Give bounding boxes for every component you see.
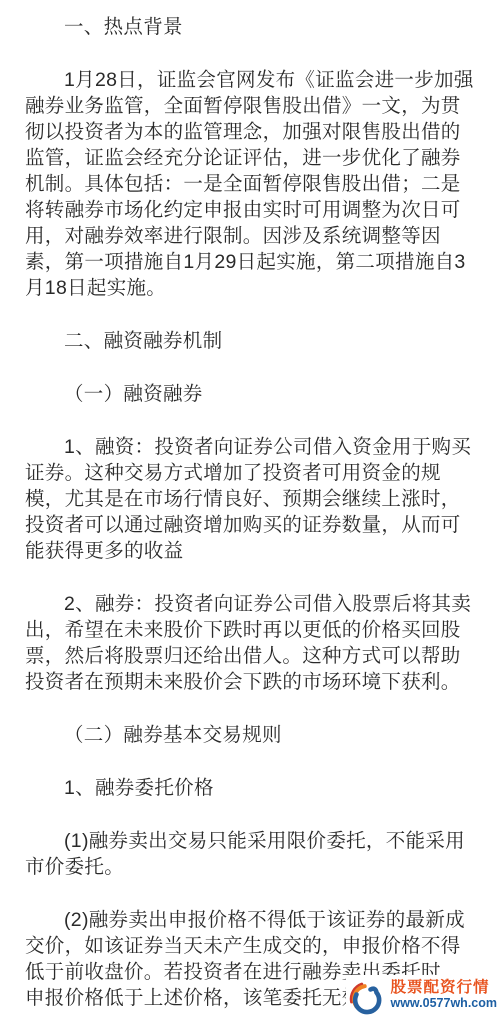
watermark-text: 股票配资行情 www.0577wh.com: [390, 980, 497, 1009]
swirl-flame-logo-icon: [346, 975, 388, 1015]
subsection-heading-rongzi-rongquan: （一）融资融券: [25, 381, 477, 407]
subsection-heading-trading-rules: （二）融券基本交易规则: [25, 722, 477, 748]
article-page: { "page": { "background": "#ffffff", "te…: [0, 0, 500, 1018]
logo-arc-blue: [356, 989, 380, 1012]
paragraph-rule-1: (1)融券卖出交易只能采用限价委托，不能采用市价委托。: [25, 828, 477, 880]
paragraph-rongquan-definition: 2、融券：投资者向证券公司借入股票后将其卖出，希望在未来股价下跌时再以更低的价格…: [25, 591, 477, 695]
site-watermark: 股票配资行情 www.0577wh.com: [346, 975, 497, 1015]
subsection-heading-entrust-price: 1、融券委托价格: [25, 775, 477, 801]
watermark-url: www.0577wh.com: [390, 997, 497, 1010]
section-heading-hot-background: 一、热点背景: [25, 14, 477, 40]
paragraph-rongzi-definition: 1、融资：投资者向证券公司借入资金用于购买证券。这种交易方式增加了投资者可用资金…: [25, 434, 477, 564]
section-heading-mechanism: 二、融资融券机制: [25, 328, 477, 354]
watermark-brand-name: 股票配资行情: [390, 980, 497, 996]
paragraph-background-news: 1月28日，证监会官网发布《证监会进一步加强融券业务监管，全面暂停限售股出借》一…: [25, 67, 477, 301]
article-body: 一、热点背景 1月28日，证监会官网发布《证监会进一步加强融券业务监管，全面暂停…: [25, 14, 477, 1011]
